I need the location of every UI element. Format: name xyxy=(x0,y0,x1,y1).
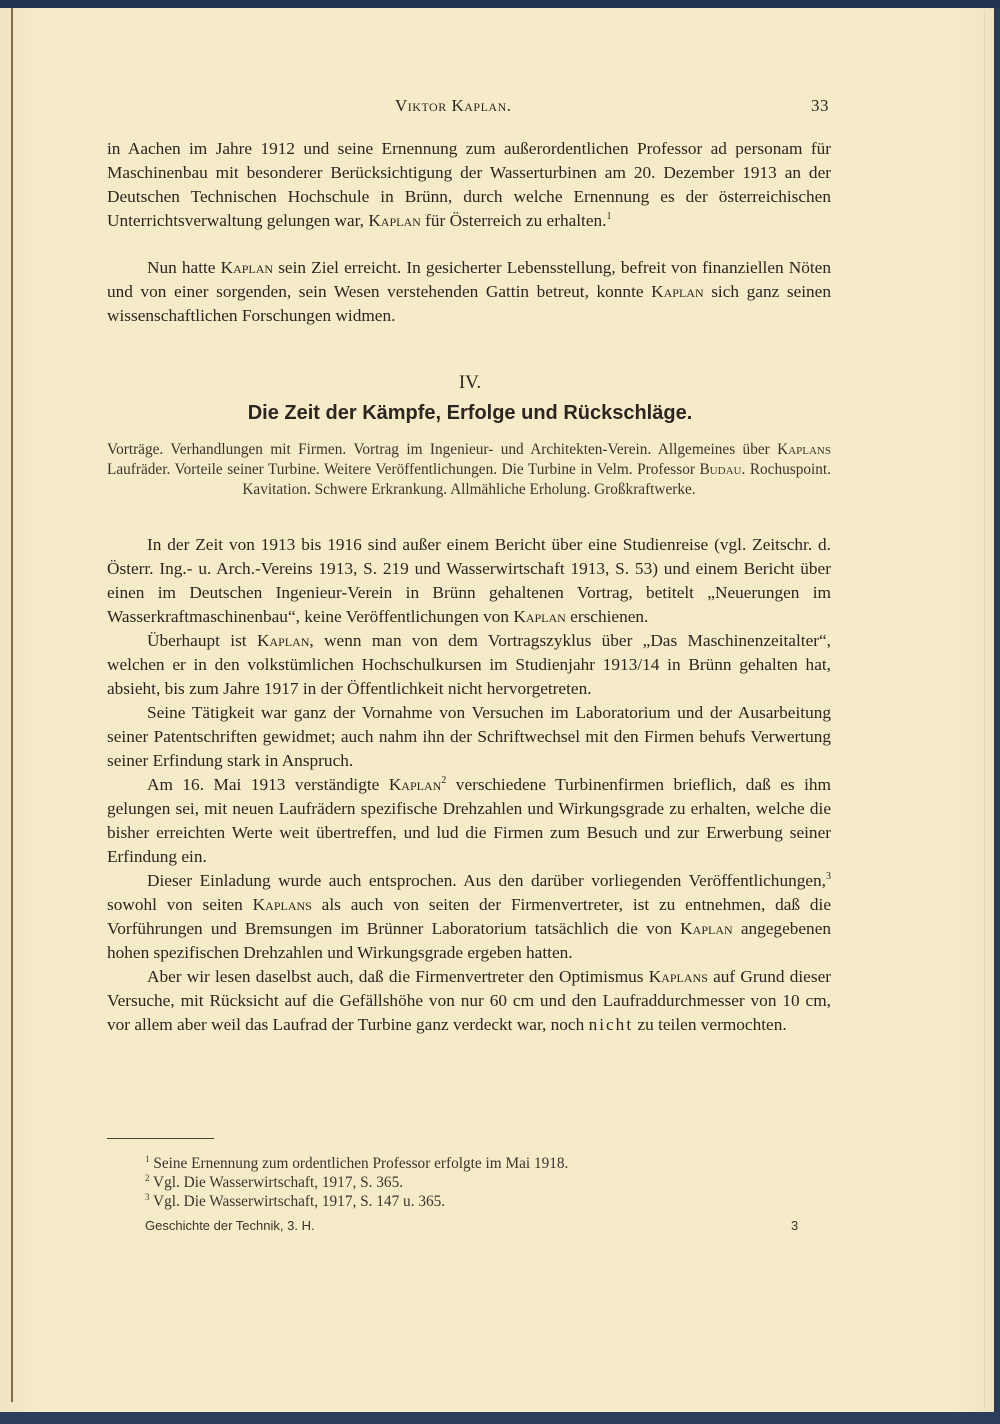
footnote-ref: 1 xyxy=(607,211,612,222)
name-kaplan: Kaplan xyxy=(221,258,273,277)
text-run: In der Zeit von 1913 bis 1916 sind außer… xyxy=(107,535,831,626)
top-book-edge xyxy=(0,0,1000,8)
text-run: für Österreich zu erhalten. xyxy=(421,211,607,230)
paragraph: Seine Tätigkeit war ganz der Vornahme vo… xyxy=(107,701,831,773)
page-number: 33 xyxy=(811,96,829,116)
chapter-body: In der Zeit von 1913 bis 1916 sind außer… xyxy=(107,533,831,1037)
text-run: Aber wir lesen daselbst auch, daß die Fi… xyxy=(147,967,649,986)
running-head-title: Viktor Kaplan. xyxy=(395,96,512,116)
emphasis-spaced: nicht xyxy=(589,1015,634,1034)
text-run: Überhaupt ist xyxy=(147,631,257,650)
name-kaplan: Kaplan xyxy=(368,211,420,230)
paragraph: In der Zeit von 1913 bis 1916 sind außer… xyxy=(107,533,831,629)
chapter-summary: Vorträge. Verhandlungen mit Firmen. Vort… xyxy=(107,440,831,500)
signature-number: 3 xyxy=(791,1218,798,1233)
text-run: Laufräder. Vorteile seiner Turbine. Weit… xyxy=(107,461,699,478)
text-run: Dieser Einladung wurde auch entsprochen.… xyxy=(147,871,826,890)
name-kaplans: Kaplans xyxy=(649,967,708,986)
text-run: zu teilen vermochten. xyxy=(633,1015,787,1034)
text-run: sowohl von seiten xyxy=(107,895,253,914)
footnote-3: 3 Vgl. Die Wasserwirtschaft, 1917, S. 14… xyxy=(145,1192,845,1211)
name-kaplan: Kaplan xyxy=(257,631,309,650)
footnote-text: Vgl. Die Wasserwirtschaft, 1917, S. 365. xyxy=(150,1174,404,1191)
section-closing-text: Nun hatte Kaplan sein Ziel erreicht. In … xyxy=(107,256,831,328)
chapter-number: IV. xyxy=(0,372,940,394)
bottom-book-edge xyxy=(0,1412,1000,1424)
paragraph: Dieser Einladung wurde auch entsprochen.… xyxy=(107,869,831,965)
paragraph: Aber wir lesen daselbst auch, daß die Fi… xyxy=(107,965,831,1037)
name-kaplan: Kaplan xyxy=(680,919,732,938)
name-kaplans: Kaplans xyxy=(253,895,312,914)
paragraph: Am 16. Mai 1913 verständigte Kaplan2 ver… xyxy=(107,773,831,869)
section-continued-text: in Aachen im Jahre 1912 und seine Ernenn… xyxy=(107,137,831,233)
footnotes: 1 Seine Ernennung zum ordentlichen Profe… xyxy=(145,1154,845,1211)
chapter-title: Die Zeit der Kämpfe, Erfolge und Rücksch… xyxy=(0,402,940,425)
paragraph: Nun hatte Kaplan sein Ziel erreicht. In … xyxy=(107,256,831,328)
name-kaplan: Kaplan xyxy=(651,282,703,301)
page-right-edge xyxy=(984,10,985,1410)
name-kaplans: Kaplans xyxy=(777,441,831,458)
name-budau: Budau xyxy=(699,461,741,478)
name-kaplan: Kaplan xyxy=(513,607,565,626)
page-spine-edge xyxy=(11,8,13,1402)
footnote-text: Seine Ernennung zum ordentlichen Profess… xyxy=(150,1155,569,1172)
footnote-1: 1 Seine Ernennung zum ordentlichen Profe… xyxy=(145,1154,845,1173)
footnote-rule xyxy=(107,1138,214,1139)
printer-signature: Geschichte der Technik, 3. H. xyxy=(145,1218,315,1233)
paragraph: in Aachen im Jahre 1912 und seine Ernenn… xyxy=(107,137,831,233)
paragraph: Überhaupt ist Kaplan, wenn man von dem V… xyxy=(107,629,831,701)
text-run: erschienen. xyxy=(566,607,649,626)
footnote-2: 2 Vgl. Die Wasserwirtschaft, 1917, S. 36… xyxy=(145,1173,845,1192)
text-run: Nun hatte xyxy=(147,258,221,277)
name-kaplan: Kaplan xyxy=(389,775,441,794)
text-run: Am 16. Mai 1913 verständigte xyxy=(147,775,389,794)
text-run: Vorträge. Verhandlungen mit Firmen. Vort… xyxy=(107,441,777,458)
footnote-ref: 3 xyxy=(826,871,831,882)
footnote-text: Vgl. Die Wasserwirtschaft, 1917, S. 147 … xyxy=(150,1193,446,1210)
running-head: Viktor Kaplan. 33 xyxy=(0,96,1000,120)
